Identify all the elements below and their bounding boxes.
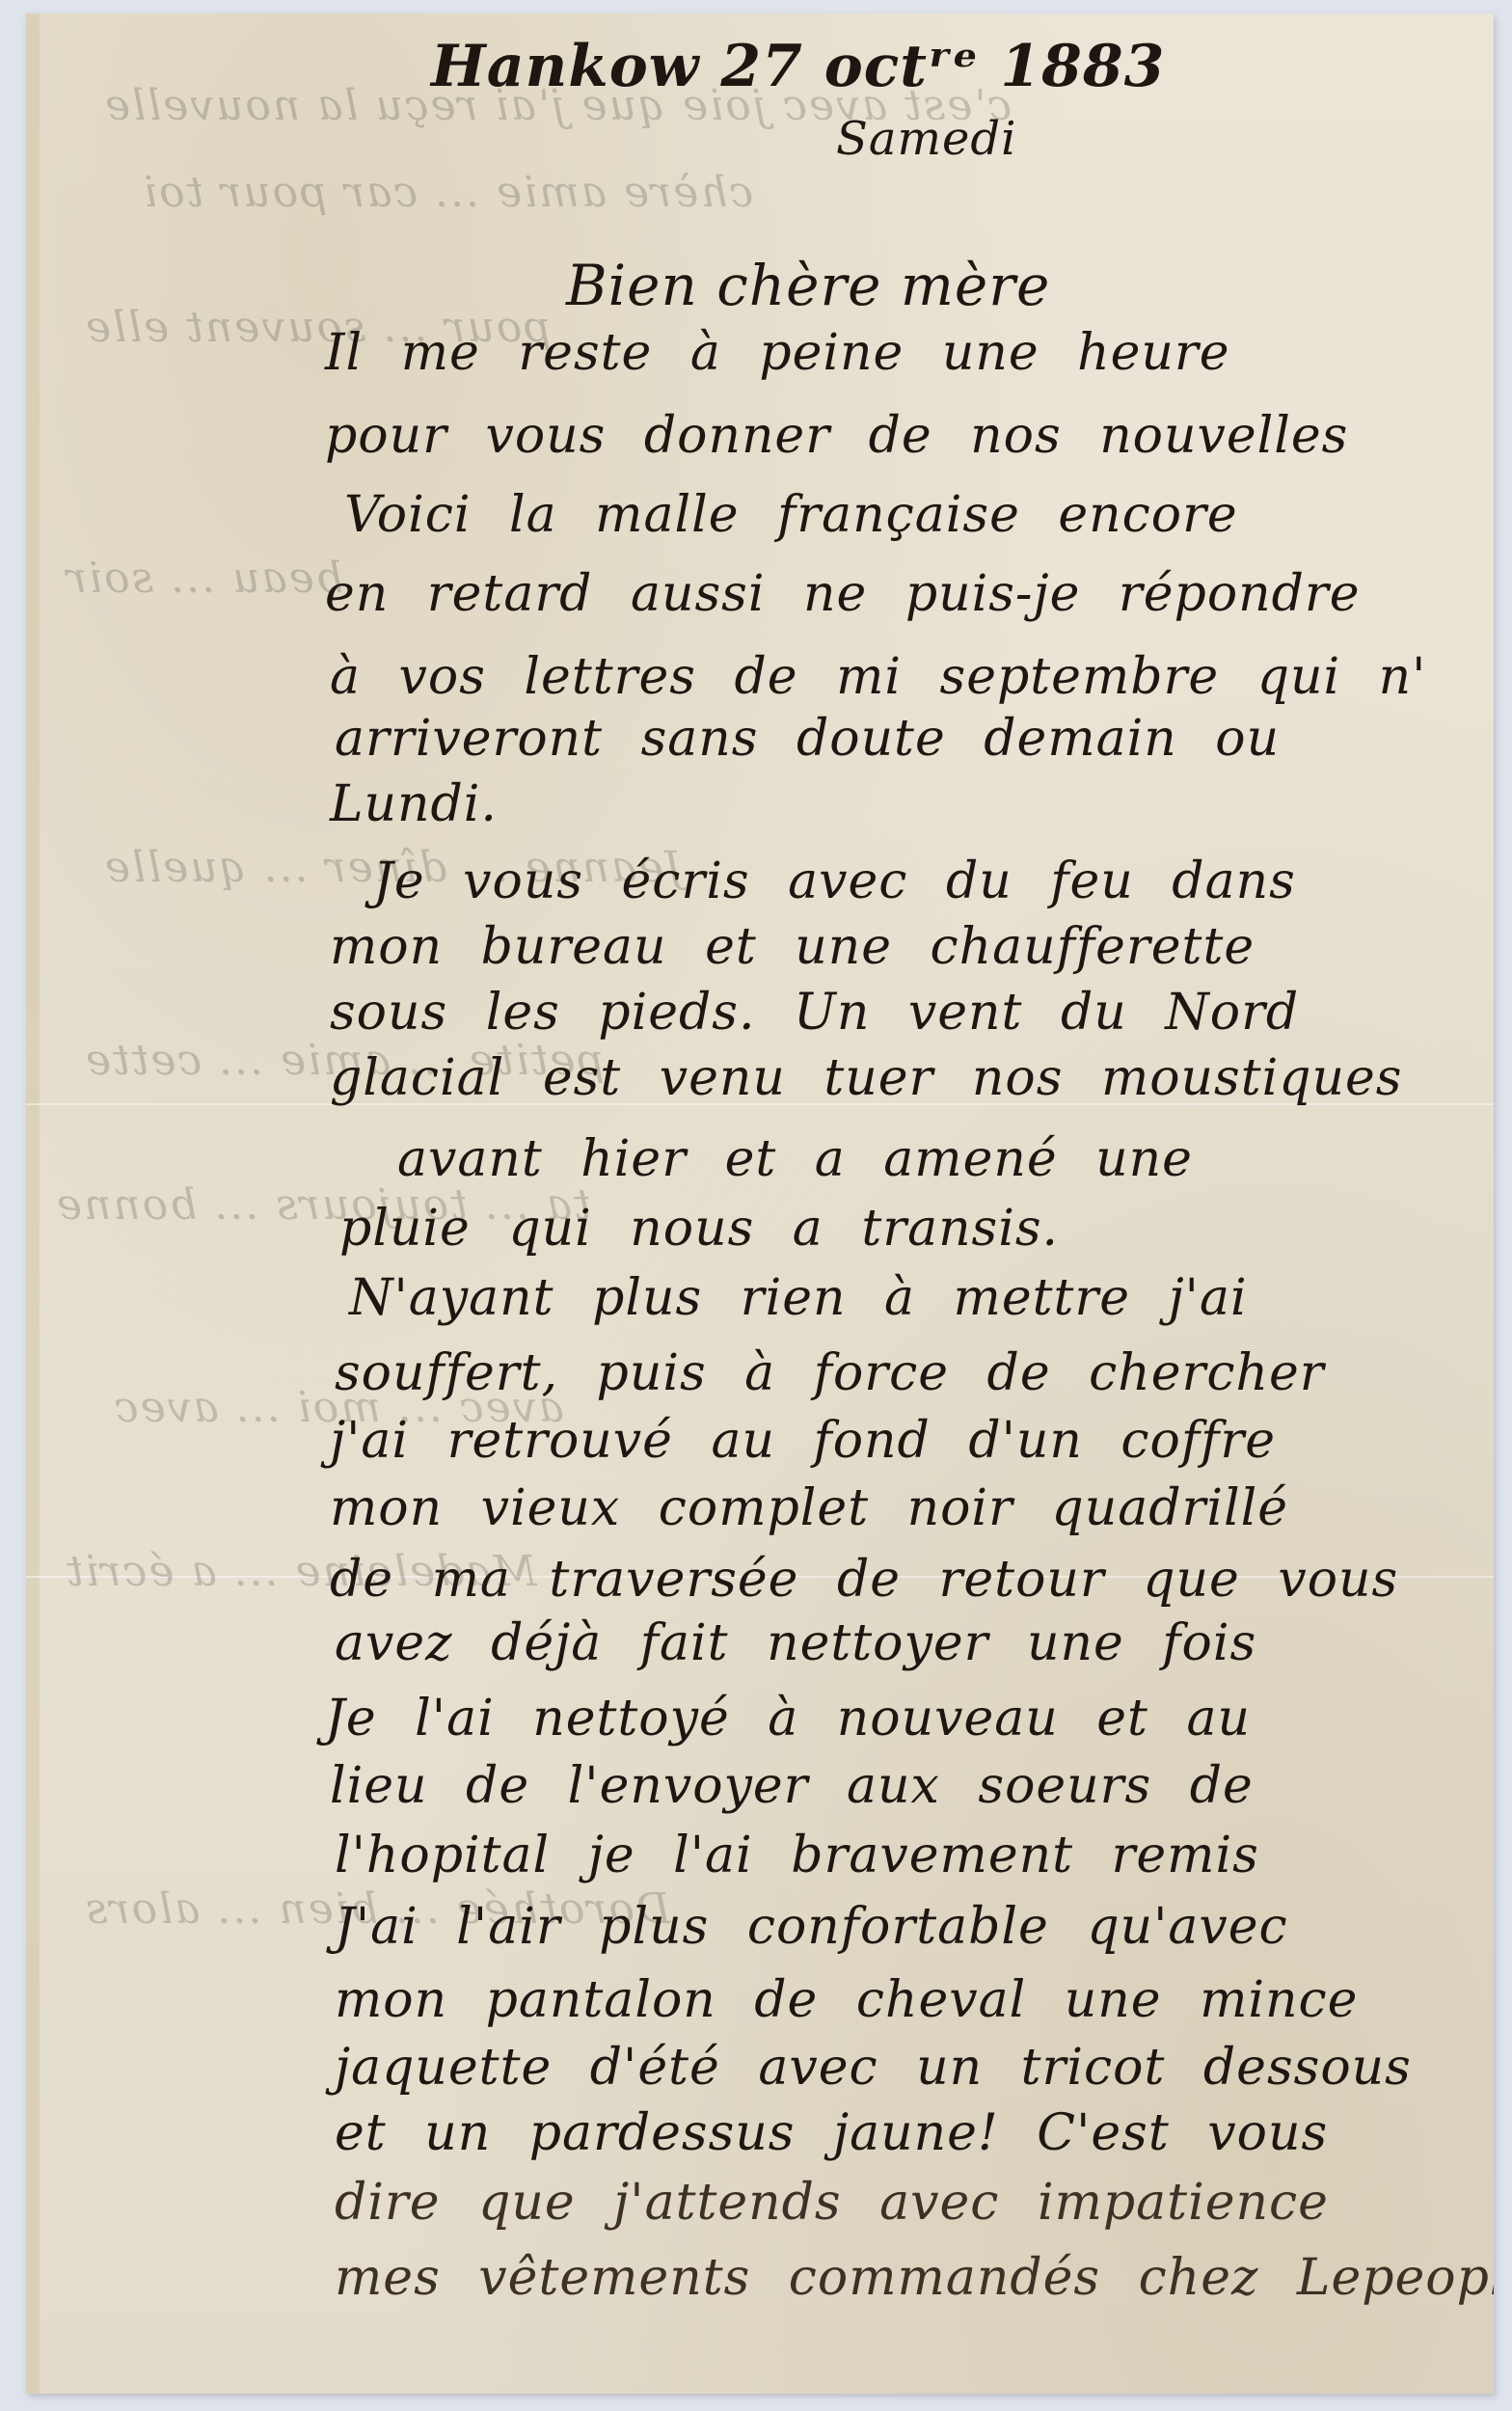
letter-line: l'hopital je l'ai bravement remis [335, 1827, 1259, 1884]
letter-line: mon vieux complet noir quadrillé [330, 1479, 1288, 1537]
letter-line: N'ayant plus rien à mettre j'ai [349, 1269, 1248, 1327]
letter-line: mes vêtements commandés chez Lepeople [335, 2249, 1494, 2307]
letter-line: arriveront sans doute demain ou [335, 710, 1280, 768]
letter-line: mon pantalon de cheval une mince [335, 1971, 1358, 2029]
letter-line: avez déjà fait nettoyer une fois [335, 1614, 1256, 1672]
letter-line: Je vous écris avec du feu dans [373, 853, 1296, 910]
letter-line: sous les pieds. Un vent du Nord [330, 984, 1299, 1042]
letter-line: lieu de l'envoyer aux soeurs de [330, 1757, 1254, 1815]
letter-line: glacial est venu tuer nos moustiques [330, 1049, 1403, 1107]
bleed-line: chère amie ... car pour toi [142, 168, 753, 217]
bleed-line: beau ... soir [65, 554, 343, 603]
letter-line: jaquette d'été avec un tricot dessous [335, 2039, 1412, 2097]
letter-line: Je l'ai nettoyé à nouveau et au [325, 1690, 1251, 1747]
letter-weekday: Samedi [836, 112, 1017, 166]
letter-line: j'ai retrouvé au fond d'un coffre [330, 1412, 1276, 1470]
letter-line: à vos lettres de mi septembre qui n' [330, 648, 1426, 706]
letter-line: pour vous donner de nos nouvelles [325, 407, 1348, 465]
letter-line: avant hier et a amené une [397, 1130, 1193, 1188]
letter-salutation: Bien chère mère [566, 253, 1050, 318]
letter-line: de ma traversée de retour que vous [330, 1551, 1398, 1609]
letter-line: J'ai l'air plus confortable qu'avec [335, 1898, 1288, 1956]
letter-line: Lundi. [330, 775, 498, 833]
letter-line: en retard aussi ne puis-je répondre [325, 565, 1361, 623]
letter-line: Voici la malle française encore [344, 486, 1238, 544]
letter-line: dire que j'attends avec impatience [335, 2174, 1329, 2232]
letter-line: pluie qui nous a transis. [339, 1200, 1059, 1258]
letter-place-date: Hankow 27 octʳᵉ 1883 [431, 33, 1165, 100]
letter-line: Il me reste à peine une heure [325, 324, 1230, 382]
letter-line: et un pardessus jaune! C'est vous [335, 2104, 1328, 2162]
letter-line: mon bureau et une chaufferette [330, 918, 1255, 976]
letter-line: souffert, puis à force de chercher [335, 1344, 1325, 1402]
letter-sheet: c'est avec joie que j'ai reçu la nouvell… [26, 14, 1494, 2394]
